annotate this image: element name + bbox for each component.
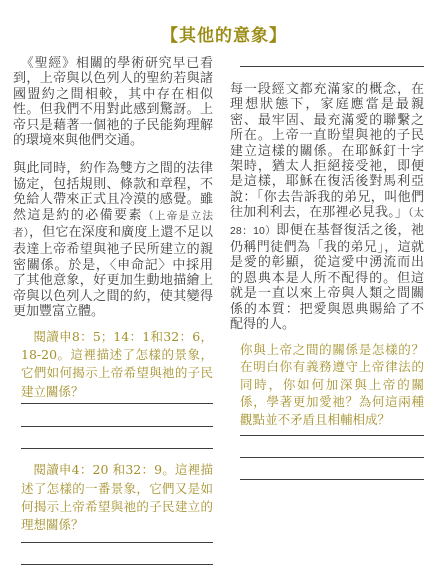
answer-line: [240, 436, 424, 458]
answer-line: [21, 543, 213, 565]
answer-line: [21, 427, 213, 449]
page-title: 【其他的意象】: [0, 0, 448, 46]
answer-line: [21, 535, 213, 543]
answer-line: [21, 404, 213, 427]
text-run: ，但它在深度和廣度上還不足以表達上帝希望與祂子民所建立的親密關係。於是，〈申命記…: [13, 224, 213, 318]
right-column: 每一段經文都充滿家的概念，在理想狀態下，家庭應當是最親密、最牢固、最充滿愛的聯繫…: [230, 55, 424, 565]
paragraph-scripture-research: 《聖經》相關的學術研究早已看到，上帝與以色列人的聖約若與諸國盟約之間相較，其中存…: [13, 55, 213, 147]
answer-line: [240, 458, 424, 480]
answer-lines-reflection: [230, 428, 424, 480]
answer-lines-question-1: [13, 401, 213, 449]
workbook-page: 【其他的意象】 《聖經》相關的學術研究早已看到，上帝與以色列人的聖約若與諸國盟約…: [0, 0, 448, 570]
left-column: 《聖經》相關的學術研究早已看到，上帝與以色列人的聖約若與諸國盟約之間相較，其中存…: [13, 55, 213, 565]
reflection-question: 你與上帝之間的關係是怎樣的？在明白你有義務遵守上帝律法的同時，你如何加深與上帝的…: [240, 341, 424, 429]
answer-line: [240, 428, 424, 436]
text-run: 每一段經文都充滿家的概念，在理想狀態下，家庭應當是最親密、最牢固、最充滿愛的聯繫…: [230, 81, 424, 219]
answer-line-carryover: [240, 55, 424, 67]
paragraph-family-concept: 每一段經文都充滿家的概念，在理想狀態下，家庭應當是最親密、最牢固、最充滿愛的聯繫…: [230, 81, 424, 332]
two-column-layout: 《聖經》相關的學術研究早已看到，上帝與以色列人的聖約若與諸國盟約之間相較，其中存…: [0, 55, 448, 565]
study-question-1: 閱讀申8：5；14：1和32：6，18-20。這裡描述了怎樣的景象，它們如何揭示…: [21, 328, 213, 402]
text-run: 即便在基督復活之後，祂仍稱門徒們為「我的弟兄」，這就是愛的彰顯，從這愛中湧流而出…: [230, 222, 424, 331]
answer-lines-question-2: [13, 535, 213, 565]
study-question-2: 閱讀申4：20 和32：9。這裡描述了怎樣的一番景象，它們又是如何揭示上帝希望與…: [21, 461, 213, 535]
paragraph-covenant-legal: 與此同時，約作為雙方之間的法律協定，包括規則、條款和章程，不免給人帶來正式且冷漠…: [13, 160, 213, 318]
